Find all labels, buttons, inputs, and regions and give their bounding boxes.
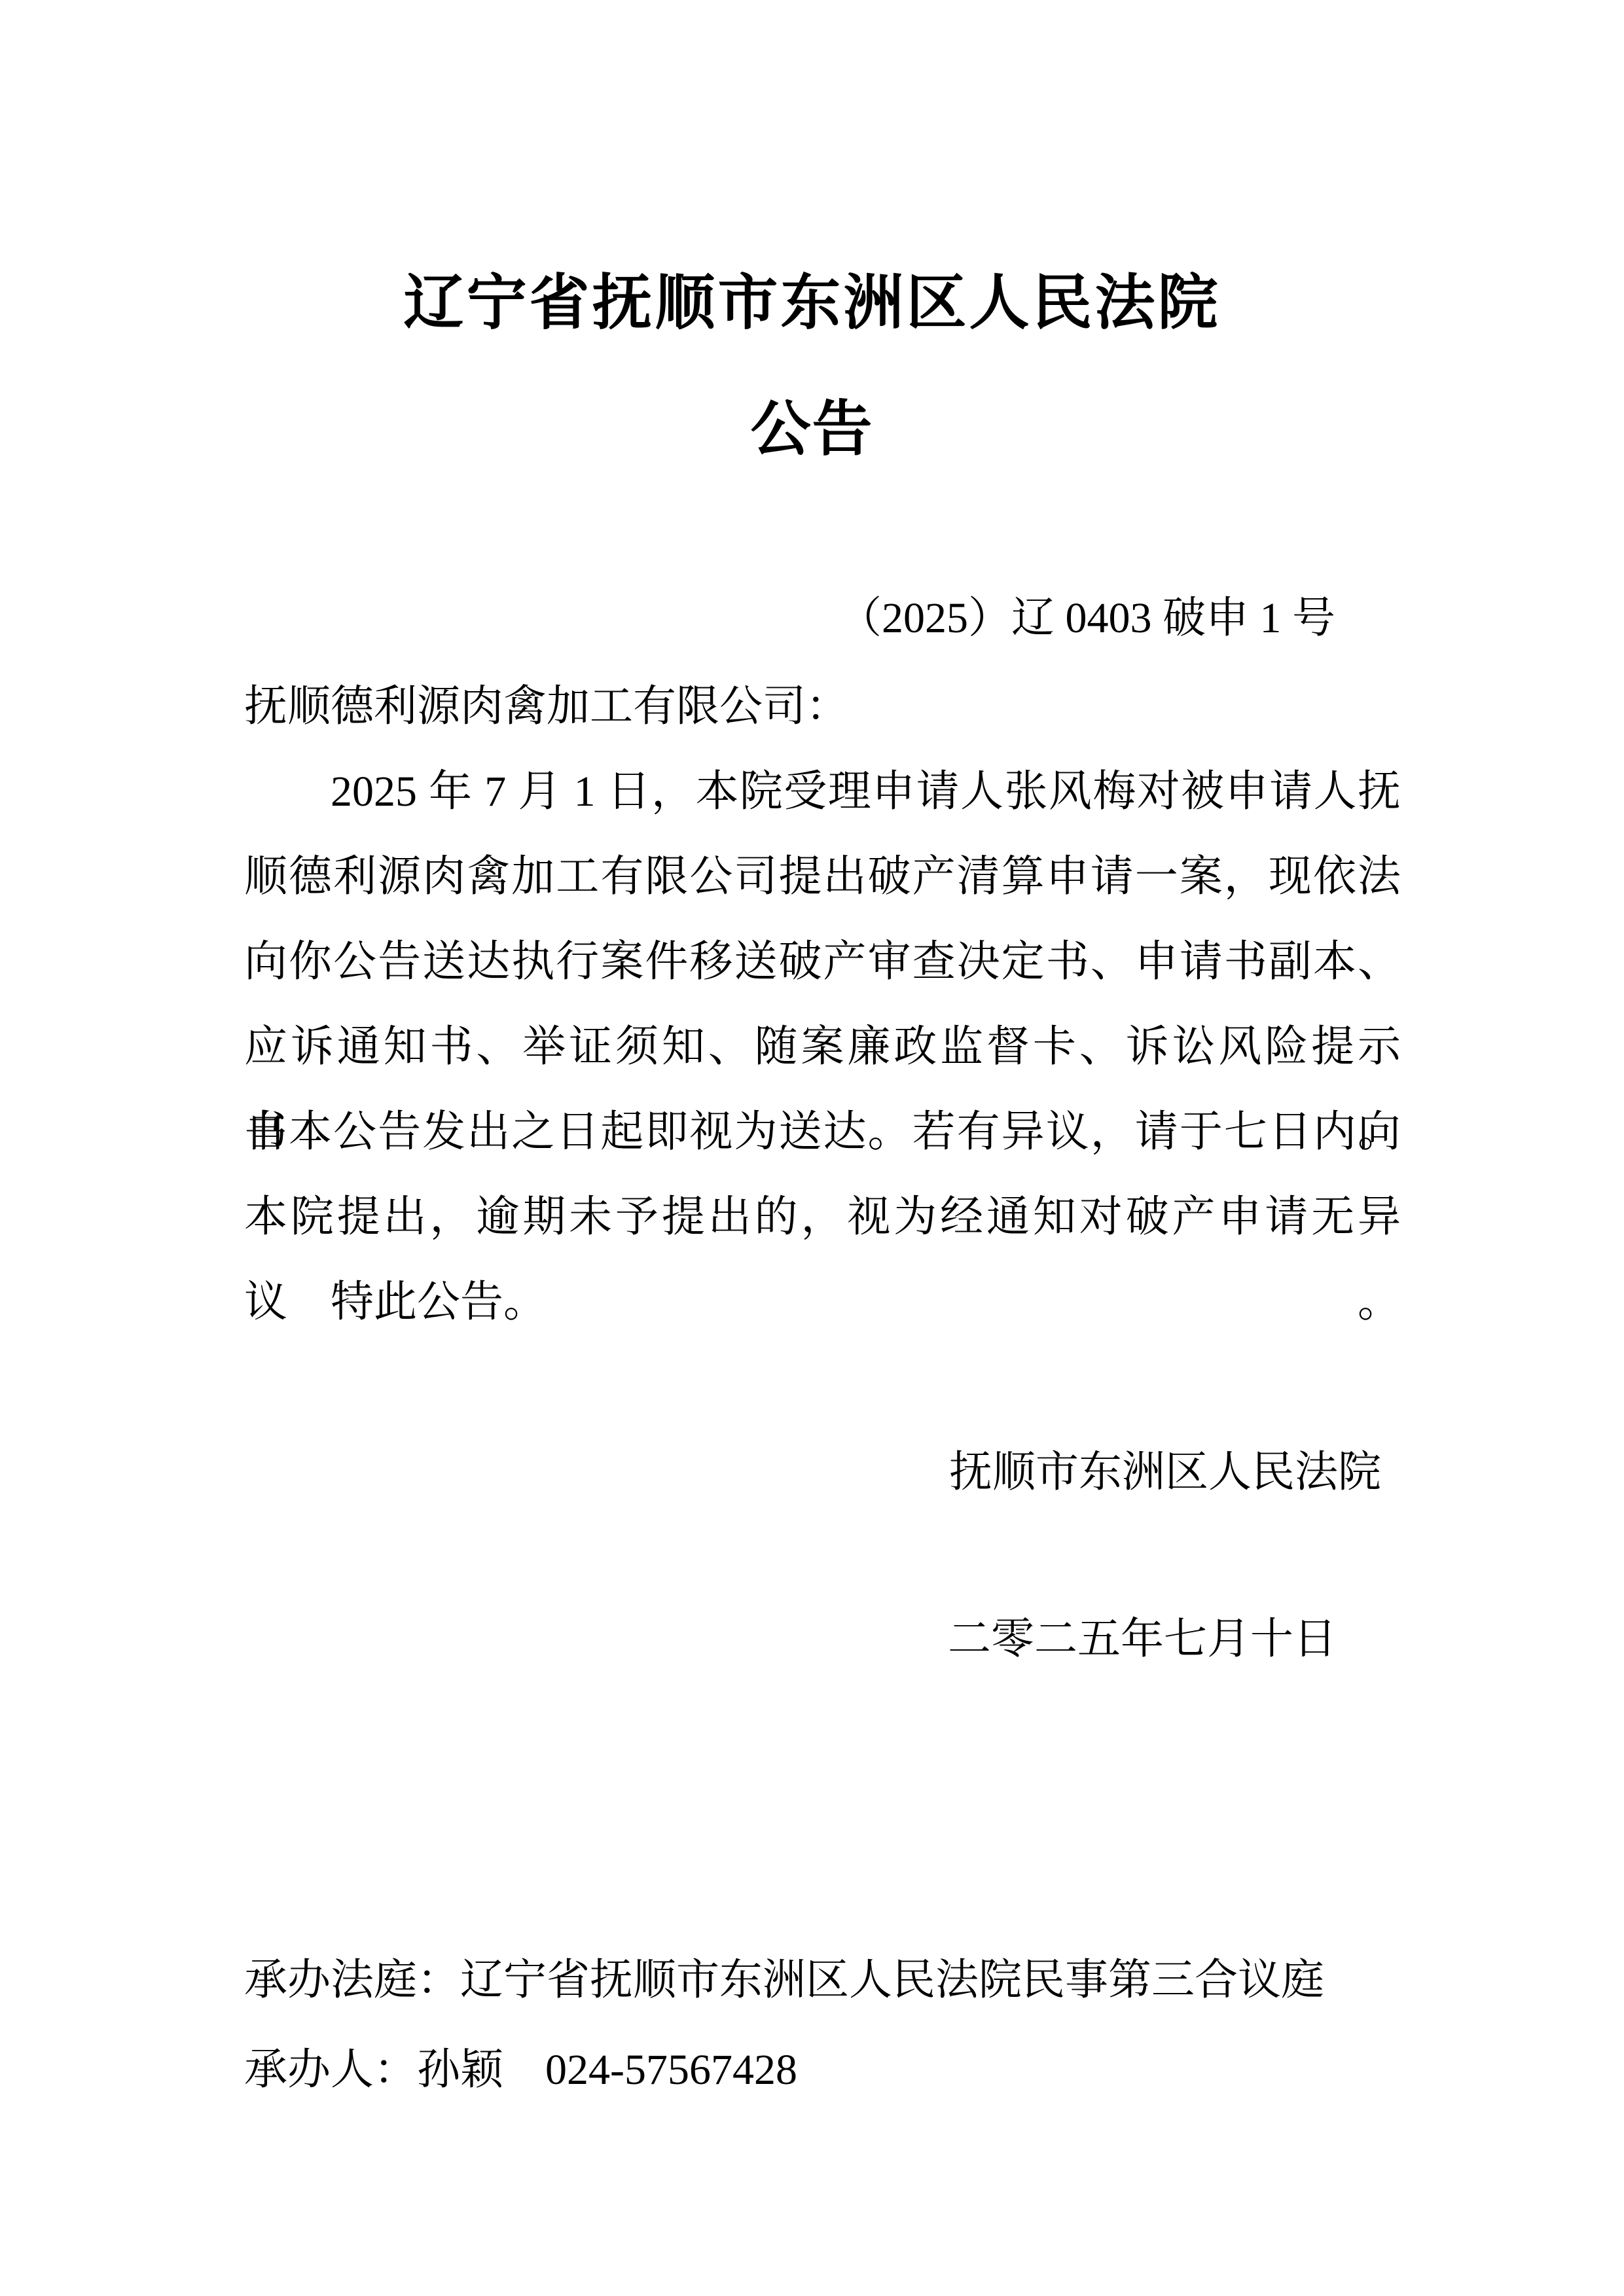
signature-date: 二零二五年七月十日 <box>948 1618 1337 1661</box>
footer-phone: 024-57567428 <box>545 2046 797 2094</box>
case-number: （2025）辽 0403 破申 1 号 <box>839 597 1335 640</box>
signature-court: 抚顺市东洲区人民法院 <box>949 1451 1381 1494</box>
footer-handler-label: 承办人： <box>244 2046 417 2094</box>
body-line: 向你公告送达执行案件移送破产审查决定书、申请书副本、 <box>244 920 1401 1005</box>
footer-tribunal-value: 辽宁省抚顺市东洲区人民法院民事第三合议庭 <box>460 1956 1324 2004</box>
body-line: 2025 年 7 月 1 日，本院受理申请人张风梅对被申请人抚 <box>244 749 1401 834</box>
announcement-title: 公告 <box>0 399 1624 459</box>
addressee-line: 抚顺德利源肉禽加工有限公司： <box>244 664 1401 749</box>
body-line: 应诉通知书、举证须知、随案廉政监督卡、诉讼风险提示书。 <box>244 1005 1401 1090</box>
body-line: 自本公告发出之日起即视为送达。若有异议，请于七日内向 <box>244 1090 1401 1175</box>
footer-handler-name: 孙颖 <box>417 2046 503 2094</box>
body-line: 本院提出，逾期未予提出的，视为经通知对破产申请无异议。 <box>244 1175 1401 1260</box>
footer-tribunal-label: 承办法庭： <box>244 1956 460 2004</box>
court-title: 辽宁省抚顺市东洲区人民法院 <box>0 273 1624 333</box>
announcement-page: 辽宁省抚顺市东洲区人民法院 公告 （2025）辽 0403 破申 1 号 抚顺德… <box>0 0 1624 2296</box>
announcement-body: 抚顺德利源肉禽加工有限公司： 2025 年 7 月 1 日，本院受理申请人张风梅… <box>244 664 1401 1345</box>
body-line: 顺德利源肉禽加工有限公司提出破产清算申请一案，现依法 <box>244 834 1401 920</box>
footer-tribunal-line: 承办法庭：辽宁省抚顺市东洲区人民法院民事第三合议庭 <box>244 1959 1324 2002</box>
footer-handler-line: 承办人：孙颖024-57567428 <box>244 2049 797 2092</box>
